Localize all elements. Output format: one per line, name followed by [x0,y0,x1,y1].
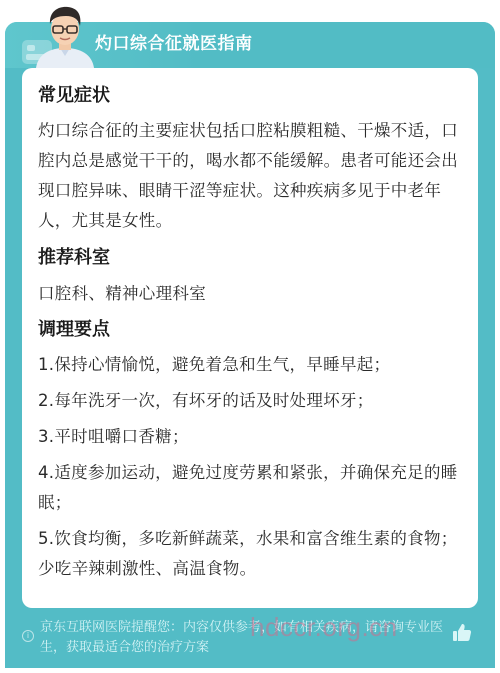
care-item: 1.保持心情愉悦，避免着急和生气，早睡早起； [38,350,462,380]
section-title-care: 调理要点 [38,316,462,344]
symptoms-text: 灼口综合征的主要症状包括口腔粘膜粗糙、干燥不适，口腔内总是感觉干干的，喝水都不能… [38,116,462,236]
departments-text: 口腔科、精神心理科室 [38,280,462,308]
watermark: hdccr.org.cn [250,612,398,643]
section-title-departments: 推荐科室 [38,244,462,272]
care-item: 4.适度参加运动，避免过度劳累和紧张，并确保充足的睡眠； [38,458,462,518]
thumbs-up-icon[interactable] [452,622,472,642]
care-list: 1.保持心情愉悦，避免着急和生气，早睡早起； 2.每年洗牙一次，有坏牙的话及时处… [38,350,462,584]
info-icon: i [22,630,34,642]
care-item: 2.每年洗牙一次，有坏牙的话及时处理坏牙； [38,386,462,416]
section-title-symptoms: 常见症状 [38,82,462,110]
content-card: 常见症状 灼口综合征的主要症状包括口腔粘膜粗糙、干燥不适，口腔内总是感觉干干的，… [22,68,478,608]
care-item: 5.饮食均衡，多吃新鲜蔬菜，水果和富含维生素的食物；少吃辛辣刺激性、高温食物。 [38,524,462,584]
page-title: 灼口综合征就医指南 [95,33,253,55]
doctor-avatar-icon [30,2,100,68]
care-item: 3.平时咀嚼口香糖； [38,422,462,452]
